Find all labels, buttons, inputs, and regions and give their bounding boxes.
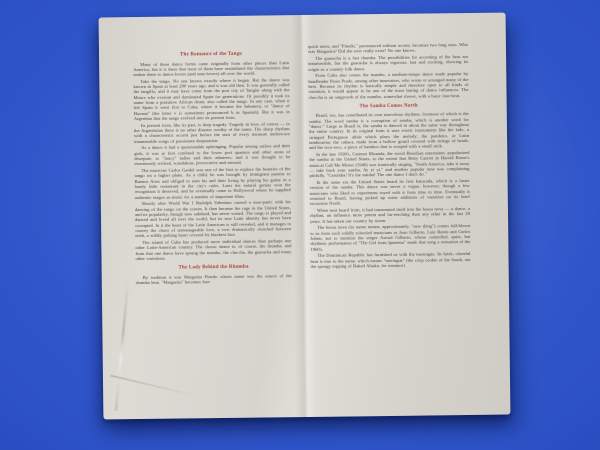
paragraph: As a dance it had a questionable upbring… xyxy=(134,144,290,167)
paragraph: In the same era the United States heard … xyxy=(310,178,470,206)
pamphlet-page: The Romance of the Tango Many of these d… xyxy=(99,13,511,420)
section-heading-rhumba: The Lady Behind the Rhumba xyxy=(136,264,292,271)
paragraph: By tradition it was Margarita Pinedo who… xyxy=(136,273,292,285)
background-surface: The Romance of the Tango Many of these d… xyxy=(0,0,600,450)
paragraph: The Dominican Republic has furnished us … xyxy=(310,251,470,269)
section-heading-tango: The Romance of the Tango xyxy=(133,51,289,58)
paragraph: Many of these dance forms came originall… xyxy=(133,60,289,78)
paragraph: From Cuba also comes the mambo, a medium… xyxy=(308,71,468,99)
paragraph: When next heard from, it had transmuted … xyxy=(310,206,470,224)
paragraph: Shortly after World War I Rudolph Valent… xyxy=(135,200,291,239)
paragraph: quick notes, and "Pinedo," pronounced wi… xyxy=(308,42,468,55)
paragraph: The bossa nova (its name means, approxim… xyxy=(310,223,470,251)
paragraph: In the late 1930's, Carmen Miranda, the … xyxy=(309,150,469,178)
paragraph: The musician Carlos Gardel was one of th… xyxy=(134,166,290,200)
paragraph: Take the tango. No one knows exactly whe… xyxy=(133,77,290,121)
paragraph: Brazil, too, has contributed its own mar… xyxy=(309,111,469,150)
paragraph: The island of Cuba has produced more ind… xyxy=(135,238,291,261)
section-heading-samba: The Samba Comes North xyxy=(309,103,469,110)
left-column: The Romance of the Tango Many of these d… xyxy=(99,15,300,419)
paragraph: The guaracha is a fast rhumba. The possi… xyxy=(308,54,468,72)
text-columns: The Romance of the Tango Many of these d… xyxy=(99,13,511,420)
paragraph: Its present form, like its past, is deep… xyxy=(134,121,290,144)
right-column: quick notes, and "Pinedo," pronounced wi… xyxy=(295,13,511,418)
